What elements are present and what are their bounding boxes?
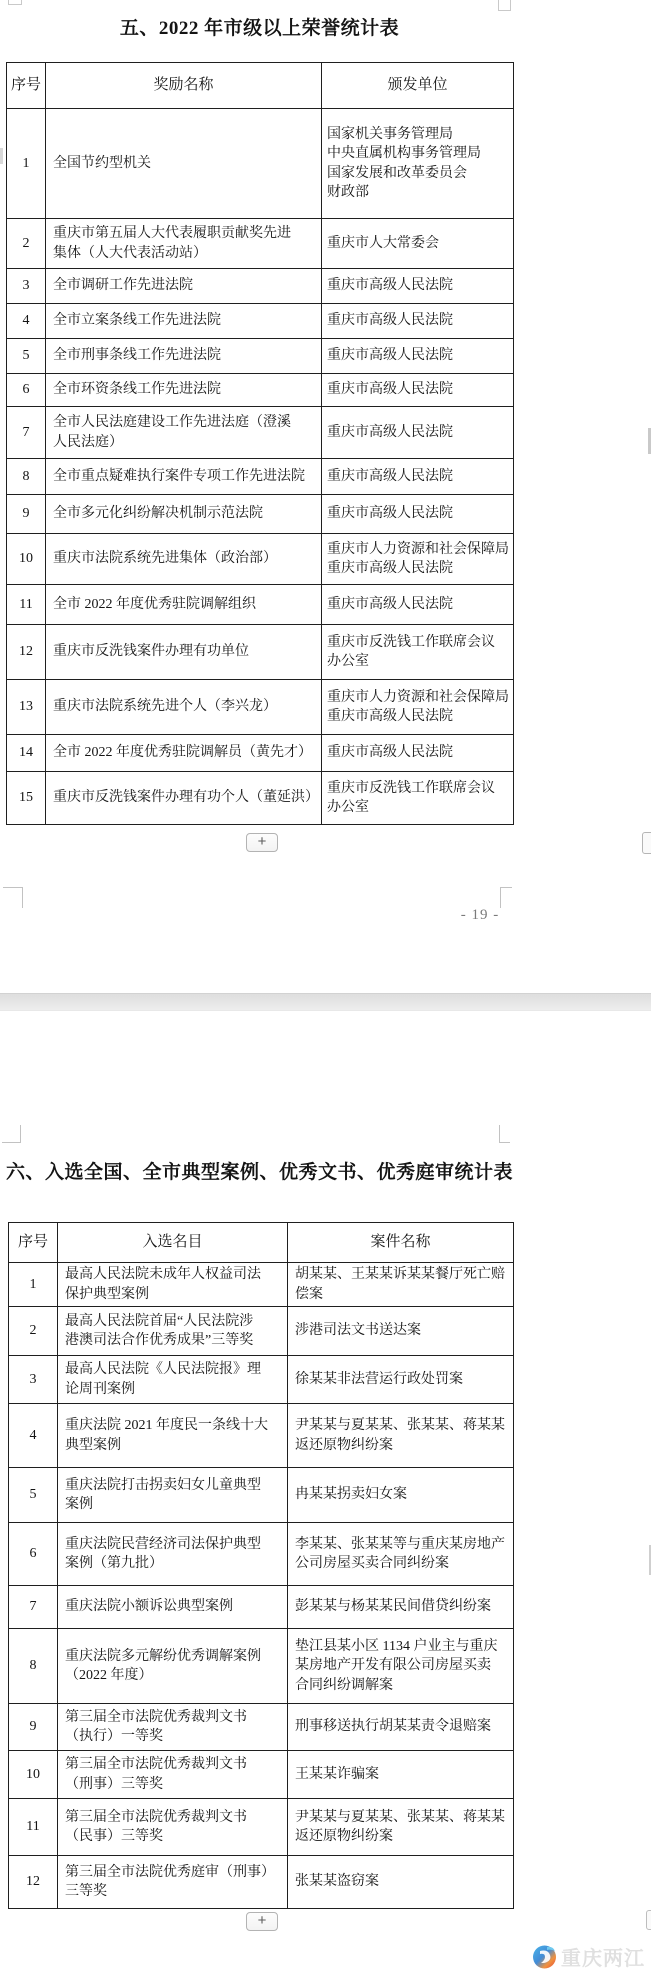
cell-name: 全市立案条线工作先进法院 xyxy=(46,304,322,339)
cell-no: 2 xyxy=(7,219,46,269)
cell-name: 重庆市反洗钱案件办理有功单位 xyxy=(46,625,322,680)
cell-name: 全市重点疑难执行案件专项工作先进法院 xyxy=(46,459,322,495)
cell-no: 13 xyxy=(7,680,46,735)
cell-issuer: 重庆市高级人民法院 xyxy=(322,585,514,625)
clipped-boundary-fragment xyxy=(498,0,511,11)
cell-issuer: 重庆市高级人民法院 xyxy=(322,407,514,459)
cell-name: 重庆法院小额诉讼典型案例 xyxy=(58,1586,288,1629)
table-row: 11第三届全市法院优秀裁判文书 （民事）三等奖尹某某与夏某某、张某某、蒋某某 返… xyxy=(9,1799,514,1856)
cell-issuer: 重庆市高级人民法院 xyxy=(322,304,514,339)
cell-case: 张某某盗窃案 xyxy=(288,1856,514,1909)
honors-table: 序号奖励名称颁发单位1全国节约型机关国家机关事务管理局 中央直属机构事务管理局 … xyxy=(6,62,514,825)
cell-name: 全市多元化纠纷解决机制示范法院 xyxy=(46,495,322,534)
cell-name: 第三届全市法院优秀裁判文书 （民事）三等奖 xyxy=(58,1799,288,1856)
cell-no: 10 xyxy=(9,1751,58,1799)
column-header: 序号 xyxy=(7,63,46,109)
cell-no: 5 xyxy=(9,1468,58,1523)
cell-name: 重庆法院打击拐卖妇女儿童典型 案例 xyxy=(58,1468,288,1523)
column-header: 颁发单位 xyxy=(322,63,514,109)
column-header: 入选名目 xyxy=(58,1223,288,1263)
text-boundary-mark xyxy=(500,887,512,908)
cell-issuer: 重庆市人大常委会 xyxy=(322,219,514,269)
table-row: 12第三届全市法院优秀庭审（刑事） 三等奖张某某盗窃案 xyxy=(9,1856,514,1909)
table-row: 6全市环资条线工作先进法院重庆市高级人民法院 xyxy=(7,374,514,407)
cell-no: 11 xyxy=(9,1799,58,1856)
column-header: 奖励名称 xyxy=(46,63,322,109)
page-separator xyxy=(0,993,651,1011)
cell-name: 第三届全市法院优秀庭审（刑事） 三等奖 xyxy=(58,1856,288,1909)
table-row: 6重庆法院民营经济司法保护典型 案例（第九批）李某某、张某某等与重庆某房地产 公… xyxy=(9,1523,514,1586)
cell-issuer: 重庆市人力资源和社会保障局 重庆市高级人民法院 xyxy=(322,534,514,585)
column-header: 序号 xyxy=(9,1223,58,1263)
cell-no: 6 xyxy=(7,374,46,407)
table-row: 11全市 2022 年度优秀驻院调解组织重庆市高级人民法院 xyxy=(7,585,514,625)
cell-no: 12 xyxy=(7,625,46,680)
table-row: 2最高人民法院首届“人民法院涉 港澳司法合作优秀成果”三等奖涉港司法文书送达案 xyxy=(9,1307,514,1356)
cell-name: 全市人民法庭建设工作先进法庭（澄溪 人民法庭） xyxy=(46,407,322,459)
page-number: - 19 - xyxy=(440,907,520,924)
watermark-d-logo-icon xyxy=(531,1943,558,1970)
clipped-button-fragment[interactable] xyxy=(642,832,651,854)
cell-no: 12 xyxy=(9,1856,58,1909)
cell-no: 4 xyxy=(9,1404,58,1468)
cell-name: 重庆市法院系统先进集体（政治部） xyxy=(46,534,322,585)
cell-name: 全市 2022 年度优秀驻院调解员（黄先才） xyxy=(46,735,322,772)
table-row: 8重庆法院多元解纷优秀调解案例 （2022 年度）垫江县某小区 1134 户业主… xyxy=(9,1629,514,1704)
cell-name: 第三届全市法院优秀裁判文书 （执行）一等奖 xyxy=(58,1704,288,1751)
add-table-row-button[interactable]: + xyxy=(246,833,278,852)
cell-name: 全市调研工作先进法院 xyxy=(46,269,322,304)
page-title-honors: 五、2022 年市级以上荣誉统计表 xyxy=(0,13,519,40)
cell-no: 5 xyxy=(7,339,46,374)
cell-name: 最高人民法院首届“人民法院涉 港澳司法合作优秀成果”三等奖 xyxy=(58,1307,288,1356)
clipped-edge-mark xyxy=(0,148,3,164)
table-row: 9第三届全市法院优秀裁判文书 （执行）一等奖刑事移送执行胡某某责令退赔案 xyxy=(9,1704,514,1751)
cell-case: 尹某某与夏某某、张某某、蒋某某 返还原物纠纷案 xyxy=(288,1404,514,1468)
cell-name: 全市 2022 年度优秀驻院调解组织 xyxy=(46,585,322,625)
cell-no: 3 xyxy=(9,1356,58,1404)
cell-no: 9 xyxy=(9,1704,58,1751)
clipped-boundary-fragment xyxy=(8,0,22,5)
cell-issuer: 重庆市高级人民法院 xyxy=(322,374,514,407)
table-row: 12重庆市反洗钱案件办理有功单位重庆市反洗钱工作联席会议 办公室 xyxy=(7,625,514,680)
cell-no: 2 xyxy=(9,1307,58,1356)
cell-no: 14 xyxy=(7,735,46,772)
cell-no: 8 xyxy=(9,1629,58,1704)
cell-case: 徐某某非法营运行政处罚案 xyxy=(288,1356,514,1404)
table-row: 1最高人民法院未成年人权益司法 保护典型案例胡某某、王某某诉某某餐厅死亡赔 偿案 xyxy=(9,1263,514,1307)
table-row: 5全市刑事条线工作先进法院重庆市高级人民法院 xyxy=(7,339,514,374)
cell-name: 重庆市法院系统先进个人（李兴龙） xyxy=(46,680,322,735)
cell-no: 1 xyxy=(9,1263,58,1307)
table-row: 4全市立案条线工作先进法院重庆市高级人民法院 xyxy=(7,304,514,339)
table-row: 4重庆法院 2021 年度民一条线十大 典型案例尹某某与夏某某、张某某、蒋某某 … xyxy=(9,1404,514,1468)
header-row: 序号入选名目案件名称 xyxy=(9,1223,514,1263)
text-boundary-mark xyxy=(499,1125,510,1143)
cell-no: 9 xyxy=(7,495,46,534)
cell-no: 7 xyxy=(7,407,46,459)
table-row: 1全国节约型机关国家机关事务管理局 中央直属机构事务管理局 国家发展和改革委员会… xyxy=(7,109,514,219)
cell-issuer: 重庆市高级人民法院 xyxy=(322,735,514,772)
cell-no: 8 xyxy=(7,459,46,495)
cell-issuer: 重庆市反洗钱工作联席会议 办公室 xyxy=(322,625,514,680)
cell-issuer: 重庆市高级人民法院 xyxy=(322,269,514,304)
cell-case: 垫江县某小区 1134 户业主与重庆 某房地产开发有限公司房屋买卖 合同纠纷调解… xyxy=(288,1629,514,1704)
table-row: 8全市重点疑难执行案件专项工作先进法院重庆市高级人民法院 xyxy=(7,459,514,495)
table-row: 7全市人民法庭建设工作先进法庭（澄溪 人民法庭）重庆市高级人民法院 xyxy=(7,407,514,459)
cell-case: 尹某某与夏某某、张某某、蒋某某 返还原物纠纷案 xyxy=(288,1799,514,1856)
text-boundary-mark xyxy=(3,887,23,908)
cell-no: 7 xyxy=(9,1586,58,1629)
table-row: 3最高人民法院《人民法院报》理 论周刊案例徐某某非法营运行政处罚案 xyxy=(9,1356,514,1404)
cell-no: 4 xyxy=(7,304,46,339)
watermark-text: 重庆两江 xyxy=(561,1942,645,1971)
add-table-row-button[interactable]: + xyxy=(246,1912,278,1931)
table-row: 5重庆法院打击拐卖妇女儿童典型 案例冉某某拐卖妇女案 xyxy=(9,1468,514,1523)
cell-name: 重庆市第五届人大代表履职贡献奖先进 集体（人大代表活动站） xyxy=(46,219,322,269)
cell-name: 全市刑事条线工作先进法院 xyxy=(46,339,322,374)
cell-case: 彭某某与杨某某民间借贷纠纷案 xyxy=(288,1586,514,1629)
cell-name: 重庆法院多元解纷优秀调解案例 （2022 年度） xyxy=(58,1629,288,1704)
cell-case: 涉港司法文书送达案 xyxy=(288,1307,514,1356)
cell-case: 王某某诈骗案 xyxy=(288,1751,514,1799)
cell-name: 全国节约型机关 xyxy=(46,109,322,219)
text-boundary-mark xyxy=(2,1125,21,1143)
cases-table: 序号入选名目案件名称1最高人民法院未成年人权益司法 保护典型案例胡某某、王某某诉… xyxy=(8,1222,514,1909)
cell-no: 6 xyxy=(9,1523,58,1586)
cell-issuer: 重庆市高级人民法院 xyxy=(322,495,514,534)
cell-issuer: 重庆市高级人民法院 xyxy=(322,339,514,374)
cell-case: 刑事移送执行胡某某责令退赔案 xyxy=(288,1704,514,1751)
cell-name: 全市环资条线工作先进法院 xyxy=(46,374,322,407)
cell-name: 重庆法院民营经济司法保护典型 案例（第九批） xyxy=(58,1523,288,1586)
page-title-cases: 六、入选全国、全市典型案例、优秀文书、优秀庭审统计表 xyxy=(0,1157,519,1184)
table-row: 14全市 2022 年度优秀驻院调解员（黄先才）重庆市高级人民法院 xyxy=(7,735,514,772)
cell-name: 第三届全市法院优秀裁判文书 （刑事）三等奖 xyxy=(58,1751,288,1799)
watermark: 重庆两江 xyxy=(531,1940,651,1972)
table-row: 2重庆市第五届人大代表履职贡献奖先进 集体（人大代表活动站）重庆市人大常委会 xyxy=(7,219,514,269)
cell-case: 冉某某拐卖妇女案 xyxy=(288,1468,514,1523)
cell-name: 最高人民法院《人民法院报》理 论周刊案例 xyxy=(58,1356,288,1404)
cell-issuer: 重庆市反洗钱工作联席会议 办公室 xyxy=(322,772,514,825)
column-header: 案件名称 xyxy=(288,1223,514,1263)
cell-no: 1 xyxy=(7,109,46,219)
table-row: 10第三届全市法院优秀裁判文书 （刑事）三等奖王某某诈骗案 xyxy=(9,1751,514,1799)
cell-no: 3 xyxy=(7,269,46,304)
table-row: 7重庆法院小额诉讼典型案例彭某某与杨某某民间借贷纠纷案 xyxy=(9,1586,514,1629)
cell-no: 11 xyxy=(7,585,46,625)
table-row: 3全市调研工作先进法院重庆市高级人民法院 xyxy=(7,269,514,304)
cell-case: 胡某某、王某某诉某某餐厅死亡赔 偿案 xyxy=(288,1263,514,1307)
table-row: 15重庆市反洗钱案件办理有功个人（董延洪）重庆市反洗钱工作联席会议 办公室 xyxy=(7,772,514,825)
cell-issuer: 重庆市人力资源和社会保障局 重庆市高级人民法院 xyxy=(322,680,514,735)
table-row: 10重庆市法院系统先进集体（政治部）重庆市人力资源和社会保障局 重庆市高级人民法… xyxy=(7,534,514,585)
table-row: 13重庆市法院系统先进个人（李兴龙）重庆市人力资源和社会保障局 重庆市高级人民法… xyxy=(7,680,514,735)
cell-no: 10 xyxy=(7,534,46,585)
cell-no: 15 xyxy=(7,772,46,825)
table-row: 9全市多元化纠纷解决机制示范法院重庆市高级人民法院 xyxy=(7,495,514,534)
header-row: 序号奖励名称颁发单位 xyxy=(7,63,514,109)
cell-name: 重庆市反洗钱案件办理有功个人（董延洪） xyxy=(46,772,322,825)
cell-case: 李某某、张某某等与重庆某房地产 公司房屋买卖合同纠纷案 xyxy=(288,1523,514,1586)
cell-issuer: 重庆市高级人民法院 xyxy=(322,459,514,495)
clipped-button-fragment[interactable] xyxy=(646,1910,651,1930)
cell-name: 最高人民法院未成年人权益司法 保护典型案例 xyxy=(58,1263,288,1307)
cell-name: 重庆法院 2021 年度民一条线十大 典型案例 xyxy=(58,1404,288,1468)
cell-issuer: 国家机关事务管理局 中央直属机构事务管理局 国家发展和改革委员会 财政部 xyxy=(322,109,514,219)
